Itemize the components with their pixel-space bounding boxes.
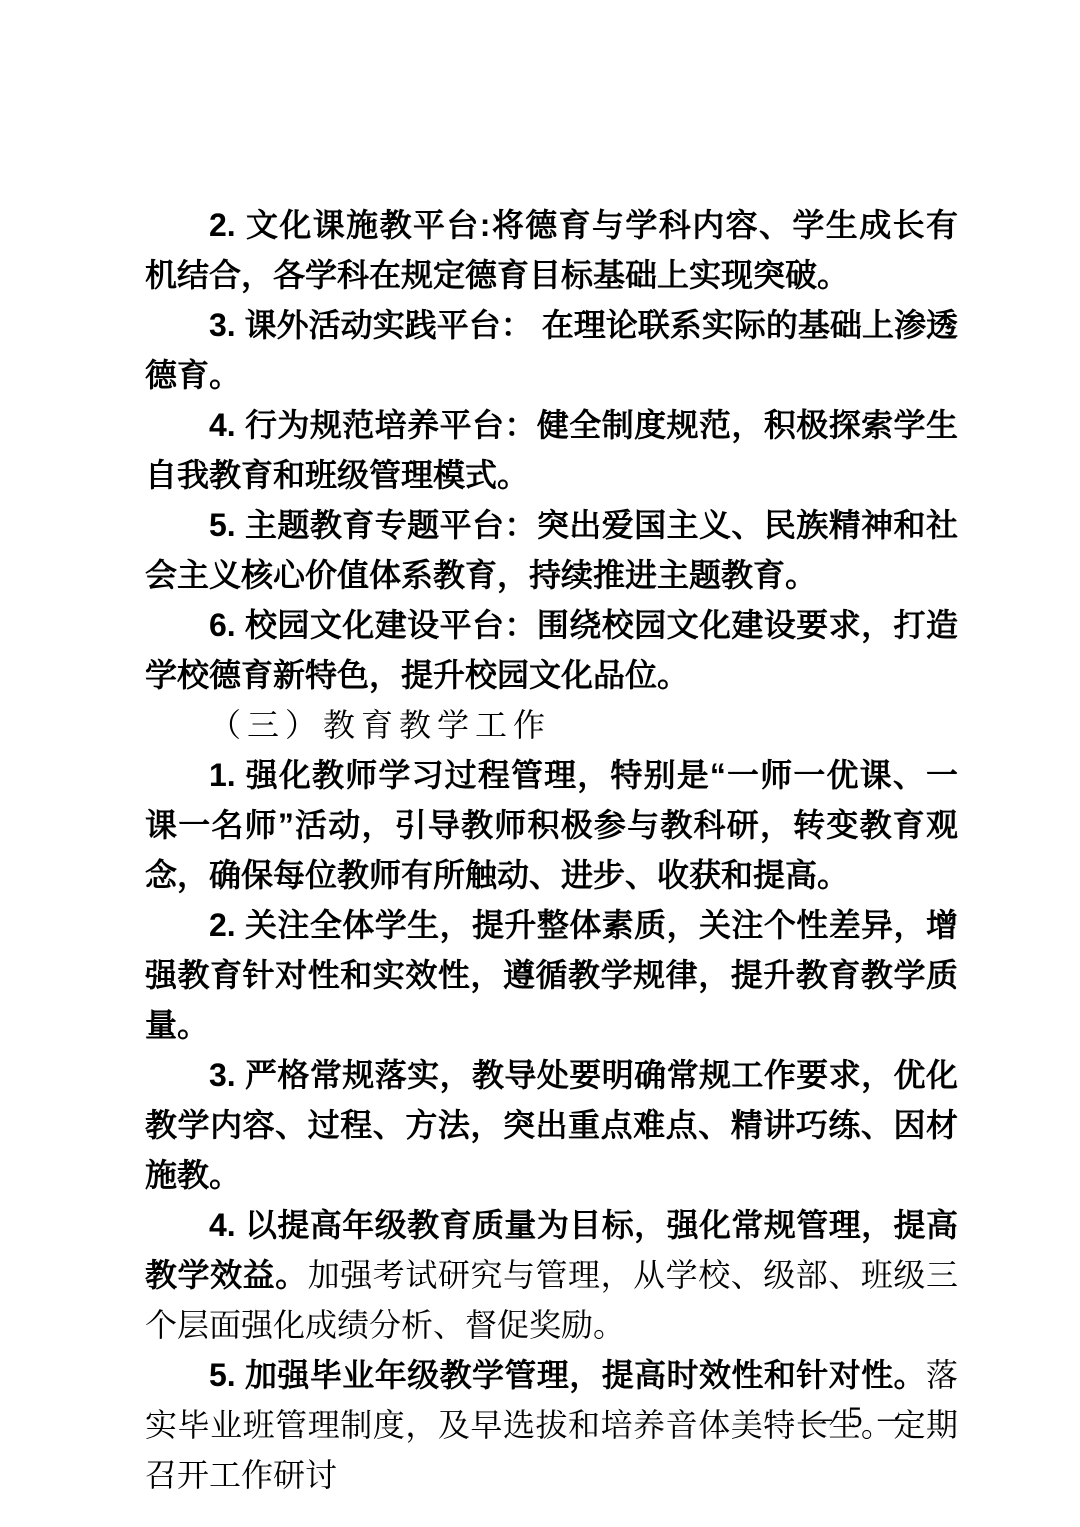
paragraph: 6. 校园文化建设平台：围绕校园文化建设要求，打造学校德育新特色，提升校园文化品… xyxy=(145,600,958,700)
paragraph: 4. 行为规范培养平台：健全制度规范，积极探索学生自我教育和班级管理模式。 xyxy=(145,400,958,500)
paragraph: 2. 关注全体学生，提升整体素质，关注个性差异，增强教育针对性和实效性，遵循教学… xyxy=(145,900,958,1050)
paragraph: 3. 课外活动实践平台： 在理论联系实际的基础上渗透德育。 xyxy=(145,300,958,400)
text-run: 1. 强化教师学习过程管理，特别是“一师一优课、一课一名师”活动，引导教师积极参… xyxy=(145,757,958,893)
document-body: 2. 文化课施教平台:将德育与学科内容、学生成长有机结合，各学科在规定德育目标基… xyxy=(145,200,958,1500)
text-run: 2. 文化课施教平台:将德育与学科内容、学生成长有机结合，各学科在规定德育目标基… xyxy=(145,207,958,293)
text-run: 6. 校园文化建设平台：围绕校园文化建设要求，打造学校德育新特色，提升校园文化品… xyxy=(145,607,958,693)
text-run: 3. 严格常规落实，教导处要明确常规工作要求，优化教学内容、过程、方法，突出重点… xyxy=(145,1057,958,1193)
document-page: 2. 文化课施教平台:将德育与学科内容、学生成长有机结合，各学科在规定德育目标基… xyxy=(0,0,1080,1527)
paragraph: 1. 强化教师学习过程管理，特别是“一师一优课、一课一名师”活动，引导教师积极参… xyxy=(145,750,958,900)
text-run: 3. 课外活动实践平台： 在理论联系实际的基础上渗透德育。 xyxy=(145,307,958,393)
text-run: 4. 行为规范培养平台：健全制度规范，积极探索学生自我教育和班级管理模式。 xyxy=(145,407,958,493)
paragraph: 3. 严格常规落实，教导处要明确常规工作要求，优化教学内容、过程、方法，突出重点… xyxy=(145,1050,958,1200)
text-run: 5. 加强毕业年级教学管理，提高时效性和针对性。 xyxy=(209,1357,926,1393)
paragraph: 2. 文化课施教平台:将德育与学科内容、学生成长有机结合，各学科在规定德育目标基… xyxy=(145,200,958,300)
section-heading: （三）教育教学工作 xyxy=(145,700,958,750)
text-run: （三）教育教学工作 xyxy=(209,707,551,743)
page-number: — 5 — xyxy=(802,1401,912,1435)
text-run: 5. 主题教育专题平台：突出爱国主义、民族精神和社会主义核心价值体系教育，持续推… xyxy=(145,507,958,593)
paragraph: 5. 主题教育专题平台：突出爱国主义、民族精神和社会主义核心价值体系教育，持续推… xyxy=(145,500,958,600)
text-run: 2. 关注全体学生，提升整体素质，关注个性差异，增强教育针对性和实效性，遵循教学… xyxy=(145,907,958,1043)
paragraph: 4. 以提高年级教育质量为目标，强化常规管理，提高教学效益。加强考试研究与管理，… xyxy=(145,1200,958,1350)
